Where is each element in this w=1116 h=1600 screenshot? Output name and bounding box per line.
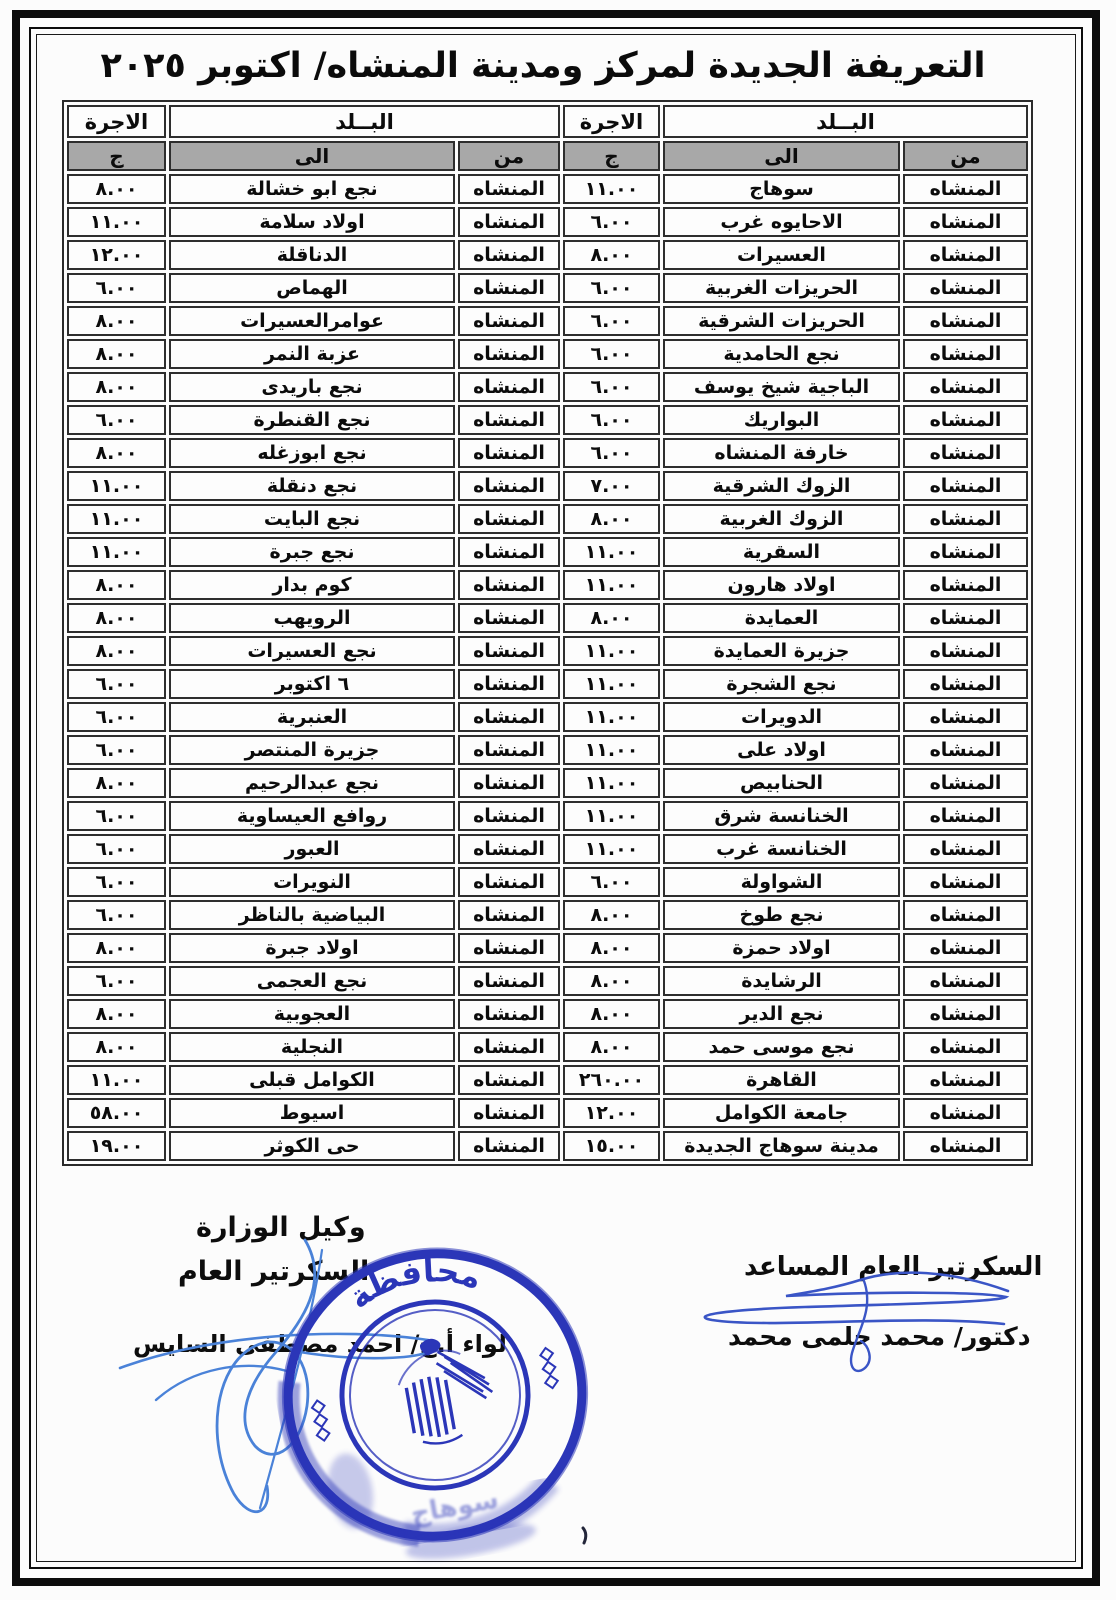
from-cell: المنشاه (903, 702, 1028, 732)
table-row: المنشاهنجع طوخ٨.٠٠المنشاهالبياضية بالناظ… (67, 900, 1028, 930)
fare-cell: ٨.٠٠ (67, 999, 166, 1029)
from-cell: المنشاه (458, 405, 560, 435)
table-row: المنشاهالرشايدة٨.٠٠المنشاهنجع العجمى٦.٠٠ (67, 966, 1028, 996)
from-cell: المنشاه (458, 306, 560, 336)
fare-group-header: الاجرة (563, 105, 660, 138)
destination-cell: اولاد هارون (663, 570, 900, 600)
left-signer-name: لواء أ.ح/ احمد مصطفى السايس (133, 1330, 507, 1358)
table-row: المنشاهالاحايوه غرب٦.٠٠المنشاهاولاد سلام… (67, 207, 1028, 237)
fare-cell: ٨.٠٠ (563, 1032, 660, 1062)
from-cell: المنشاه (458, 1032, 560, 1062)
from-cell: المنشاه (903, 207, 1028, 237)
fare-cell: ١١.٠٠ (563, 537, 660, 567)
table-row: المنشاهنجع موسى حمد٨.٠٠المنشاهالنجلية٨.٠… (67, 1032, 1028, 1062)
destination-cell: جزيرة العمايدة (663, 636, 900, 666)
from-cell: المنشاه (903, 471, 1028, 501)
destination-cell: الباجية شيخ يوسف (663, 372, 900, 402)
table-row: المنشاهمدينة سوهاج الجديدة١٥.٠٠المنشاهحى… (67, 1131, 1028, 1161)
destination-cell: جزيرة المنتصر (169, 735, 455, 765)
table-body: المنشاهسوهاج١١.٠٠المنشاهنجع ابو خشالة٨.٠… (67, 174, 1028, 1161)
from-cell: المنشاه (458, 174, 560, 204)
table-row: المنشاهالقاهرة٢٦٠.٠٠المنشاهالكوامل قبلى١… (67, 1065, 1028, 1095)
table-row: المنشاهالحريزات الغربية٦.٠٠المنشاهالهماص… (67, 273, 1028, 303)
fare-cell: ٨.٠٠ (563, 933, 660, 963)
fare-cell: ٨.٠٠ (563, 504, 660, 534)
fare-cell: ٢٦٠.٠٠ (563, 1065, 660, 1095)
fare-cell: ٦.٠٠ (67, 669, 166, 699)
table-row: المنشاهالزوك الغربية٨.٠٠المنشاهنجع الباي… (67, 504, 1028, 534)
destination-cell: نجع باريدى (169, 372, 455, 402)
table-row: المنشاهجزيرة العمايدة١١.٠٠المنشاهنجع الع… (67, 636, 1028, 666)
fare-cell: ١١.٠٠ (563, 174, 660, 204)
table-row: المنشاهالحنابيص١١.٠٠المنشاهنجع عبدالرحيم… (67, 768, 1028, 798)
table-row: المنشاهالعسيرات٨.٠٠المنشاهالدناقلة١٢.٠٠ (67, 240, 1028, 270)
destination-cell: نجع جبرة (169, 537, 455, 567)
from-cell: المنشاه (903, 735, 1028, 765)
fare-cell: ٥٨.٠٠ (67, 1098, 166, 1128)
fare-cell: ٦.٠٠ (563, 372, 660, 402)
to-column-header: الى (663, 141, 900, 171)
from-cell: المنشاه (458, 702, 560, 732)
fare-cell: ٦.٠٠ (67, 735, 166, 765)
country-group-header: البــلد (663, 105, 1028, 138)
country-group-header: البــلد (169, 105, 560, 138)
destination-cell: الحريزات الغربية (663, 273, 900, 303)
destination-cell: العنبرية (169, 702, 455, 732)
destination-cell: نجع دنقلة (169, 471, 455, 501)
table-row: المنشاهالعمايدة٨.٠٠المنشاهالرويهب٨.٠٠ (67, 603, 1028, 633)
destination-cell: العمايدة (663, 603, 900, 633)
from-cell: المنشاه (458, 999, 560, 1029)
from-cell: المنشاه (903, 999, 1028, 1029)
from-cell: المنشاه (458, 966, 560, 996)
table-row: المنشاهسوهاج١١.٠٠المنشاهنجع ابو خشالة٨.٠… (67, 174, 1028, 204)
destination-cell: نجع الحامدية (663, 339, 900, 369)
fare-cell: ٨.٠٠ (67, 174, 166, 204)
fare-cell: ١٢.٠٠ (563, 1098, 660, 1128)
from-cell: المنشاه (458, 240, 560, 270)
fare-cell: ١١.٠٠ (67, 207, 166, 237)
from-cell: المنشاه (903, 636, 1028, 666)
fare-cell: ٨.٠٠ (563, 999, 660, 1029)
currency-column-header: ج (563, 141, 660, 171)
destination-cell: نجع القنطرة (169, 405, 455, 435)
fare-cell: ١١.٠٠ (67, 537, 166, 567)
fare-cell: ٨.٠٠ (563, 966, 660, 996)
destination-cell: الاحايوه غرب (663, 207, 900, 237)
destination-cell: ٦ اكتوبر (169, 669, 455, 699)
destination-cell: الدناقلة (169, 240, 455, 270)
fare-cell: ٦.٠٠ (563, 438, 660, 468)
from-cell: المنشاه (903, 834, 1028, 864)
from-cell: المنشاه (903, 570, 1028, 600)
table-row: المنشاهالبواريك٦.٠٠المنشاهنجع القنطرة٦.٠… (67, 405, 1028, 435)
fare-cell: ٦.٠٠ (563, 207, 660, 237)
from-cell: المنشاه (458, 801, 560, 831)
destination-cell: الحنابيص (663, 768, 900, 798)
destination-cell: الدويرات (663, 702, 900, 732)
from-cell: المنشاه (458, 933, 560, 963)
table-row: المنشاهخارفة المنشاه٦.٠٠المنشاهنجع ابوزغ… (67, 438, 1028, 468)
fare-cell: ٨.٠٠ (563, 240, 660, 270)
destination-cell: الخنانسة شرق (663, 801, 900, 831)
from-cell: المنشاه (903, 603, 1028, 633)
from-cell: المنشاه (458, 834, 560, 864)
from-cell: المنشاه (903, 438, 1028, 468)
fare-cell: ٨.٠٠ (67, 339, 166, 369)
from-cell: المنشاه (903, 1131, 1028, 1161)
destination-cell: عزبة النمر (169, 339, 455, 369)
from-cell: المنشاه (903, 405, 1028, 435)
fare-cell: ٦.٠٠ (67, 966, 166, 996)
from-cell: المنشاه (903, 240, 1028, 270)
fare-cell: ٨.٠٠ (67, 1032, 166, 1062)
destination-cell: الخنانسة غرب (663, 834, 900, 864)
destination-cell: البواريك (663, 405, 900, 435)
destination-cell: سوهاج (663, 174, 900, 204)
from-cell: المنشاه (458, 636, 560, 666)
fare-cell: ٦.٠٠ (67, 867, 166, 897)
fare-cell: ٦.٠٠ (563, 405, 660, 435)
document-title: التعريفة الجديدة لمركز ومدينة المنشاه/ ا… (0, 46, 1086, 86)
destination-cell: مدينة سوهاج الجديدة (663, 1131, 900, 1161)
to-column-header: الى (169, 141, 455, 171)
currency-column-header: ج (67, 141, 166, 171)
from-cell: المنشاه (903, 372, 1028, 402)
from-cell: المنشاه (458, 867, 560, 897)
fare-cell: ٨.٠٠ (67, 438, 166, 468)
destination-cell: النجلية (169, 1032, 455, 1062)
from-cell: المنشاه (458, 504, 560, 534)
destination-cell: الهماص (169, 273, 455, 303)
fare-cell: ٦.٠٠ (67, 702, 166, 732)
fare-cell: ١١.٠٠ (67, 471, 166, 501)
fare-cell: ٦.٠٠ (563, 273, 660, 303)
table-header-group-row: البــلد الاجرة البــلد الاجرة (67, 105, 1028, 138)
fare-cell: ١٩.٠٠ (67, 1131, 166, 1161)
from-cell: المنشاه (458, 471, 560, 501)
from-cell: المنشاه (903, 900, 1028, 930)
fare-cell: ٨.٠٠ (67, 570, 166, 600)
from-cell: المنشاه (903, 537, 1028, 567)
fare-cell: ١١.٠٠ (563, 702, 660, 732)
from-cell: المنشاه (458, 537, 560, 567)
fare-cell: ٨.٠٠ (67, 603, 166, 633)
from-cell: المنشاه (903, 669, 1028, 699)
fare-cell: ١١.٠٠ (563, 570, 660, 600)
destination-cell: نجع ابو خشالة (169, 174, 455, 204)
from-cell: المنشاه (458, 1131, 560, 1161)
from-cell: المنشاه (458, 669, 560, 699)
from-cell: المنشاه (903, 273, 1028, 303)
destination-cell: اولاد جبرة (169, 933, 455, 963)
from-cell: المنشاه (458, 207, 560, 237)
from-cell: المنشاه (458, 735, 560, 765)
fare-cell: ٨.٠٠ (67, 372, 166, 402)
table-row: المنشاهالخنانسة شرق١١.٠٠المنشاهروافع الع… (67, 801, 1028, 831)
from-cell: المنشاه (458, 768, 560, 798)
table-row: المنشاهجامعة الكوامل١٢.٠٠المنشاهاسيوط٥٨.… (67, 1098, 1028, 1128)
table-row: المنشاهنجع الشجرة١١.٠٠المنشاه٦ اكتوبر٦.٠… (67, 669, 1028, 699)
table-row: المنشاهالدويرات١١.٠٠المنشاهالعنبرية٦.٠٠ (67, 702, 1028, 732)
fare-cell: ٨.٠٠ (563, 603, 660, 633)
from-cell: المنشاه (458, 273, 560, 303)
destination-cell: نجع البايت (169, 504, 455, 534)
from-cell: المنشاه (903, 768, 1028, 798)
fare-cell: ١٥.٠٠ (563, 1131, 660, 1161)
destination-cell: اولاد سلامة (169, 207, 455, 237)
tariff-table: البــلد الاجرة البــلد الاجرة من الى ج م… (62, 100, 1033, 1166)
fare-cell: ٦.٠٠ (67, 273, 166, 303)
from-cell: المنشاه (458, 570, 560, 600)
from-cell: المنشاه (903, 174, 1028, 204)
destination-cell: اولاد على (663, 735, 900, 765)
destination-cell: نجع العسيرات (169, 636, 455, 666)
fare-cell: ٦.٠٠ (563, 306, 660, 336)
table-header-columns-row: من الى ج من الى ج (67, 141, 1028, 171)
table-row: المنشاهالزوك الشرقية٧.٠٠المنشاهنجع دنقلة… (67, 471, 1028, 501)
fare-cell: ١١.٠٠ (563, 834, 660, 864)
destination-cell: الزوك الغربية (663, 504, 900, 534)
destination-cell: جامعة الكوامل (663, 1098, 900, 1128)
destination-cell: كوم بدار (169, 570, 455, 600)
from-cell: المنشاه (903, 306, 1028, 336)
fare-cell: ١١.٠٠ (563, 768, 660, 798)
from-cell: المنشاه (903, 933, 1028, 963)
destination-cell: العجوبية (169, 999, 455, 1029)
from-cell: المنشاه (458, 1098, 560, 1128)
destination-cell: الكوامل قبلى (169, 1065, 455, 1095)
fare-cell: ٨.٠٠ (67, 636, 166, 666)
destination-cell: نجع الدير (663, 999, 900, 1029)
from-cell: المنشاه (903, 801, 1028, 831)
from-cell: المنشاه (458, 603, 560, 633)
from-cell: المنشاه (903, 1065, 1028, 1095)
destination-cell: الرويهب (169, 603, 455, 633)
destination-cell: نجع موسى حمد (663, 1032, 900, 1062)
destination-cell: نجع الشجرة (663, 669, 900, 699)
table-row: المنشاهالشواولة٦.٠٠المنشاهالنويرات٦.٠٠ (67, 867, 1028, 897)
from-cell: المنشاه (458, 1065, 560, 1095)
destination-cell: روافع العيساوية (169, 801, 455, 831)
document-page: التعريفة الجديدة لمركز ومدينة المنشاه/ ا… (0, 0, 1116, 1600)
fare-cell: ٦.٠٠ (67, 405, 166, 435)
destination-cell: السقرية (663, 537, 900, 567)
table-row: المنشاهاولاد حمزة٨.٠٠المنشاهاولاد جبرة٨.… (67, 933, 1028, 963)
fare-cell: ٨.٠٠ (563, 900, 660, 930)
from-cell: المنشاه (903, 504, 1028, 534)
destination-cell: اولاد حمزة (663, 933, 900, 963)
table-row: المنشاهالباجية شيخ يوسف٦.٠٠المنشاهنجع با… (67, 372, 1028, 402)
right-signer-role-assistant-secretary: السكرتير العام المساعد (744, 1252, 1042, 1282)
from-cell: المنشاه (903, 867, 1028, 897)
destination-cell: نجع ابوزغله (169, 438, 455, 468)
fare-cell: ٦.٠٠ (563, 867, 660, 897)
destination-cell: الرشايدة (663, 966, 900, 996)
fare-cell: ٨.٠٠ (67, 306, 166, 336)
destination-cell: نجع العجمى (169, 966, 455, 996)
destination-cell: الحريزات الشرقية (663, 306, 900, 336)
from-cell: المنشاه (903, 339, 1028, 369)
destination-cell: اسيوط (169, 1098, 455, 1128)
fare-cell: ١١.٠٠ (67, 504, 166, 534)
destination-cell: الشواولة (663, 867, 900, 897)
table-row: المنشاهالحريزات الشرقية٦.٠٠المنشاهعوامرا… (67, 306, 1028, 336)
fare-cell: ١١.٠٠ (563, 669, 660, 699)
from-cell: المنشاه (458, 438, 560, 468)
destination-cell: خارفة المنشاه (663, 438, 900, 468)
from-cell: المنشاه (903, 966, 1028, 996)
destination-cell: العسيرات (663, 240, 900, 270)
from-cell: المنشاه (458, 900, 560, 930)
destination-cell: نجع عبدالرحيم (169, 768, 455, 798)
fare-cell: ١٢.٠٠ (67, 240, 166, 270)
destination-cell: النويرات (169, 867, 455, 897)
destination-cell: نجع طوخ (663, 900, 900, 930)
from-column-header: من (458, 141, 560, 171)
table-row: المنشاهالخنانسة غرب١١.٠٠المنشاهالعبور٦.٠… (67, 834, 1028, 864)
table-row: المنشاهنجع الحامدية٦.٠٠المنشاهعزبة النمر… (67, 339, 1028, 369)
from-cell: المنشاه (903, 1098, 1028, 1128)
from-cell: المنشاه (458, 339, 560, 369)
destination-cell: عوامرالعسيرات (169, 306, 455, 336)
from-cell: المنشاه (903, 1032, 1028, 1062)
fare-cell: ٦.٠٠ (563, 339, 660, 369)
fare-group-header: الاجرة (67, 105, 166, 138)
table-row: المنشاهاولاد هارون١١.٠٠المنشاهكوم بدار٨.… (67, 570, 1028, 600)
fare-cell: ١١.٠٠ (563, 801, 660, 831)
from-cell: المنشاه (458, 372, 560, 402)
fare-cell: ١١.٠٠ (67, 1065, 166, 1095)
right-signer-name: دكتور/ محمد حلمى محمد (728, 1322, 1031, 1351)
from-column-header: من (903, 141, 1028, 171)
destination-cell: البياضية بالناظر (169, 900, 455, 930)
destination-cell: الزوك الشرقية (663, 471, 900, 501)
left-signer-role-secretary-general: السكرتير العام (178, 1256, 369, 1287)
left-signer-role-undersecretary: وكيل الوزارة (196, 1212, 366, 1243)
table-row: المنشاهالسقرية١١.٠٠المنشاهنجع جبرة١١.٠٠ (67, 537, 1028, 567)
fare-cell: ٨.٠٠ (67, 933, 166, 963)
fare-cell: ٦.٠٠ (67, 900, 166, 930)
fare-cell: ١١.٠٠ (563, 735, 660, 765)
fare-cell: ٦.٠٠ (67, 834, 166, 864)
table-row: المنشاهنجع الدير٨.٠٠المنشاهالعجوبية٨.٠٠ (67, 999, 1028, 1029)
fare-cell: ٧.٠٠ (563, 471, 660, 501)
fare-cell: ١١.٠٠ (563, 636, 660, 666)
fare-cell: ٦.٠٠ (67, 801, 166, 831)
destination-cell: القاهرة (663, 1065, 900, 1095)
destination-cell: حى الكوثر (169, 1131, 455, 1161)
fare-cell: ٨.٠٠ (67, 768, 166, 798)
destination-cell: العبور (169, 834, 455, 864)
table-row: المنشاهاولاد على١١.٠٠المنشاهجزيرة المنتص… (67, 735, 1028, 765)
